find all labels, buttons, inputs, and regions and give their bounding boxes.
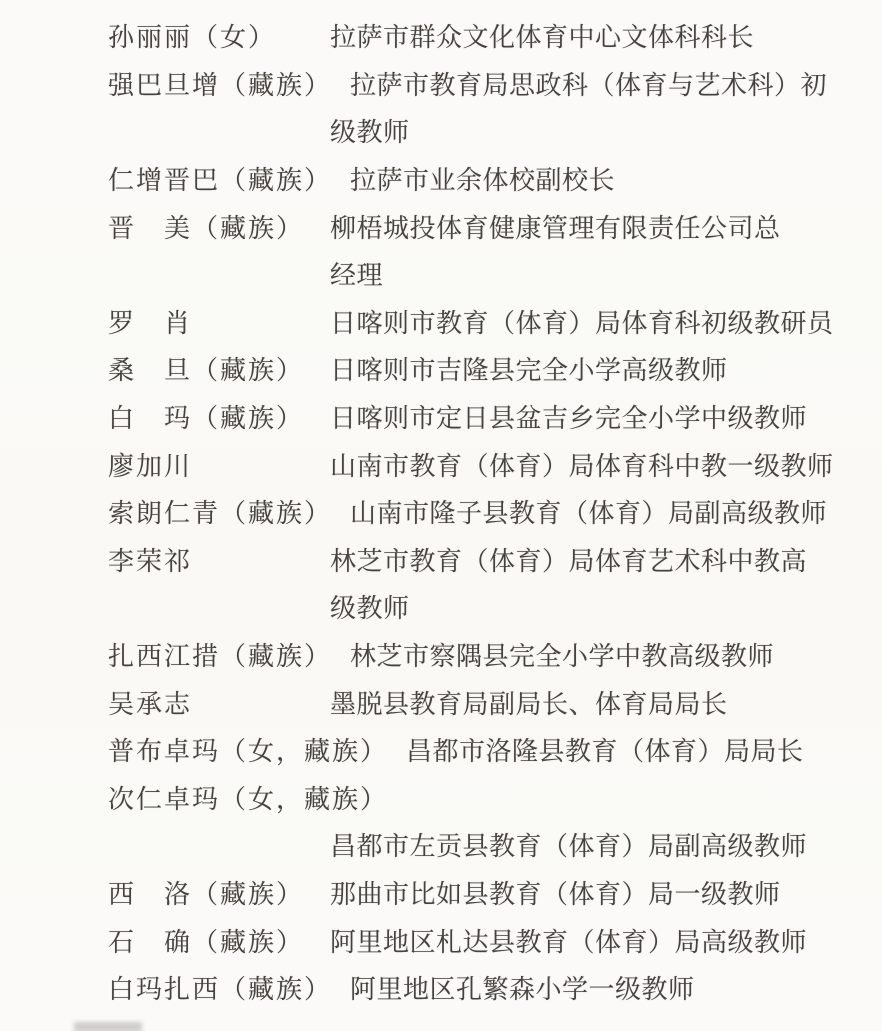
person-name: 晋 美（藏族）: [108, 208, 330, 245]
person-position: 昌都市洛隆县教育（体育）局局长: [406, 731, 804, 768]
roster-list: 孙丽丽（女）拉萨市群众文化体育中心文体科科长强巴旦增（藏族）拉萨市教育局思政科（…: [108, 12, 882, 1011]
list-row: 次仁卓玛（女，藏族）: [108, 774, 882, 822]
list-row: 索朗仁青（藏族）山南市隆子县教育（体育）局副高级教师: [108, 488, 882, 536]
person-name: 西 洛（藏族）: [108, 874, 330, 911]
person-position: 阿里地区孔繁森小学一级教师: [350, 969, 695, 1006]
list-row: 桑 旦（藏族）日喀则市吉隆县完全小学高级教师: [108, 345, 882, 393]
person-position: 林芝市察隅县完全小学中教高级教师: [350, 636, 774, 673]
cutoff-text-artifact: [74, 1022, 142, 1031]
person-name: 扎西江措（藏族）: [108, 636, 350, 673]
person-name: 廖加川: [108, 446, 330, 483]
list-row: 白 玛（藏族）日喀则市定日县盆吉乡完全小学中级教师: [108, 393, 882, 441]
person-position: 级教师: [330, 112, 410, 149]
list-row: 孙丽丽（女）拉萨市群众文化体育中心文体科科长: [108, 12, 882, 60]
list-row: 扎西江措（藏族）林芝市察隅县完全小学中教高级教师: [108, 631, 882, 679]
person-position: 拉萨市教育局思政科（体育与艺术科）初: [350, 65, 827, 102]
person-position: 那曲市比如县教育（体育）局一级教师: [330, 874, 781, 911]
person-position: 经理: [330, 255, 383, 292]
list-row: 普布卓玛（女，藏族）昌都市洛隆县教育（体育）局局长: [108, 726, 882, 774]
list-row: 级教师: [108, 107, 882, 155]
list-row: 白玛扎西（藏族）阿里地区孔繁森小学一级教师: [108, 964, 882, 1012]
person-name: 白 玛（藏族）: [108, 398, 330, 435]
list-row: 级教师: [108, 583, 882, 631]
person-name: 石 确（藏族）: [108, 922, 330, 959]
person-position: 柳梧城投体育健康管理有限责任公司总: [330, 208, 781, 245]
person-name: 仁增晋巴（藏族）: [108, 160, 350, 197]
person-position: 林芝市教育（体育）局体育艺术科中教高: [330, 541, 807, 578]
person-position: 日喀则市吉隆县完全小学高级教师: [330, 350, 728, 387]
list-row: 廖加川山南市教育（体育）局体育科中教一级教师: [108, 440, 882, 488]
list-row: 西 洛（藏族）那曲市比如县教育（体育）局一级教师: [108, 869, 882, 917]
person-position: 山南市隆子县教育（体育）局副高级教师: [350, 493, 827, 530]
list-row: 罗 肖日喀则市教育（体育）局体育科初级教研员: [108, 298, 882, 346]
list-row: 李荣祁林芝市教育（体育）局体育艺术科中教高: [108, 536, 882, 584]
person-name: 白玛扎西（藏族）: [108, 969, 350, 1006]
person-name: 李荣祁: [108, 541, 330, 578]
person-position: 拉萨市业余体校副校长: [350, 160, 615, 197]
person-position: 阿里地区札达县教育（体育）局高级教师: [330, 922, 807, 959]
person-name: 次仁卓玛（女，藏族）: [108, 779, 406, 816]
person-name: 孙丽丽（女）: [108, 17, 330, 54]
person-position: 墨脱县教育局副局长、体育局局长: [330, 684, 728, 721]
person-position: 日喀则市定日县盆吉乡完全小学中级教师: [330, 398, 807, 435]
person-position: 日喀则市教育（体育）局体育科初级教研员: [330, 303, 834, 340]
person-position: 拉萨市群众文化体育中心文体科科长: [330, 17, 754, 54]
list-row: 仁增晋巴（藏族）拉萨市业余体校副校长: [108, 155, 882, 203]
person-name: 普布卓玛（女，藏族）: [108, 731, 406, 768]
person-position: 级教师: [330, 588, 410, 625]
person-name: 罗 肖: [108, 303, 330, 340]
person-position: 昌都市左贡县教育（体育）局副高级教师: [330, 826, 807, 863]
document-page: 孙丽丽（女）拉萨市群众文化体育中心文体科科长强巴旦增（藏族）拉萨市教育局思政科（…: [0, 0, 882, 1031]
list-row: 经理: [108, 250, 882, 298]
person-position: 山南市教育（体育）局体育科中教一级教师: [330, 446, 834, 483]
list-row: 石 确（藏族）阿里地区札达县教育（体育）局高级教师: [108, 916, 882, 964]
person-name: 桑 旦（藏族）: [108, 350, 330, 387]
list-row: 晋 美（藏族）柳梧城投体育健康管理有限责任公司总: [108, 202, 882, 250]
list-row: 强巴旦增（藏族）拉萨市教育局思政科（体育与艺术科）初: [108, 60, 882, 108]
list-row: 吴承志墨脱县教育局副局长、体育局局长: [108, 678, 882, 726]
list-row: 昌都市左贡县教育（体育）局副高级教师: [108, 821, 882, 869]
person-name: 强巴旦增（藏族）: [108, 65, 350, 102]
person-name: 吴承志: [108, 684, 330, 721]
person-name: 索朗仁青（藏族）: [108, 493, 350, 530]
